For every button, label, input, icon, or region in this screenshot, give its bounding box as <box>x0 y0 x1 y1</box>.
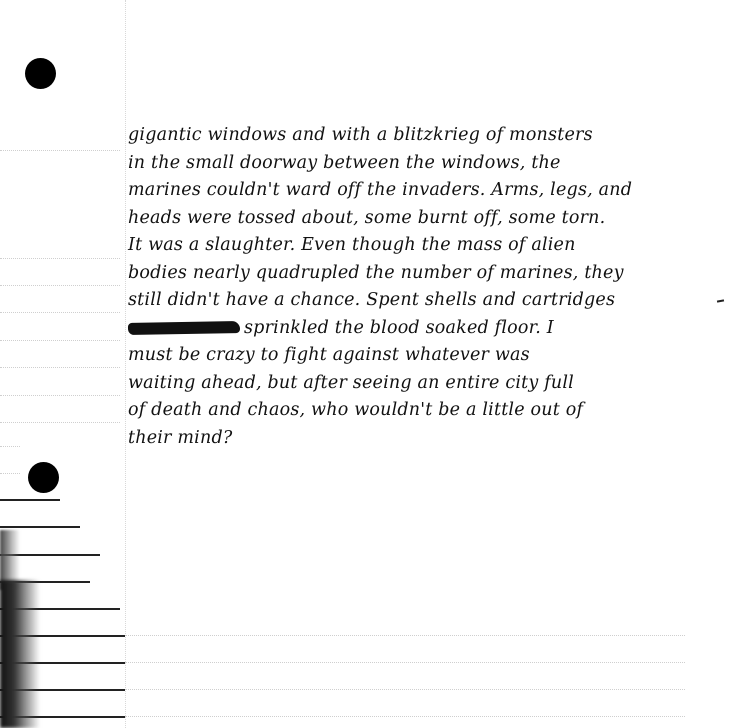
text-line-8-content: sprinkled the blood soaked floor. I <box>244 318 554 338</box>
ruled-line <box>125 635 685 636</box>
text-line-3: marines couldn't ward off the invaders. … <box>128 177 718 205</box>
ruled-line <box>0 446 20 447</box>
ruled-line <box>0 526 80 528</box>
ruled-line <box>0 473 20 474</box>
notebook-page: gigantic windows and with a blitzkrieg o… <box>0 0 742 728</box>
scribbled-out-word <box>128 321 240 335</box>
ruled-line <box>0 312 120 313</box>
ruled-line <box>125 662 685 663</box>
text-line-4: heads were tossed about, some burnt off,… <box>128 205 718 233</box>
ruled-line <box>0 150 120 151</box>
ruled-line <box>0 367 120 368</box>
ruled-line <box>0 340 120 341</box>
ruled-line <box>0 422 120 423</box>
ruled-line <box>125 689 685 690</box>
text-line-8: sprinkled the blood soaked floor. I <box>128 315 718 343</box>
ruled-line <box>0 499 60 501</box>
text-line-7: still didn't have a chance. Spent shells… <box>128 287 718 315</box>
ruled-line <box>125 716 685 717</box>
handwritten-text: gigantic windows and with a blitzkrieg o… <box>128 122 718 452</box>
text-line-12: their mind? <box>128 425 718 453</box>
ruled-line <box>0 395 120 396</box>
punch-hole-bottom <box>28 462 59 493</box>
text-line-5: It was a slaughter. Even though the mass… <box>128 232 718 260</box>
text-line-2: in the small doorway between the windows… <box>128 150 718 178</box>
text-line-11: of death and chaos, who wouldn't be a li… <box>128 397 718 425</box>
margin-line <box>125 0 126 728</box>
punch-hole-top <box>25 58 56 89</box>
text-line-9: must be crazy to fight against whatever … <box>128 342 718 370</box>
text-line-10: waiting ahead, but after seeing an entir… <box>128 370 718 398</box>
text-line-1: gigantic windows and with a blitzkrieg o… <box>128 122 718 150</box>
ruled-line <box>0 285 120 286</box>
ruled-line <box>0 258 120 259</box>
scan-shadow <box>0 580 40 728</box>
text-line-6: bodies nearly quadrupled the number of m… <box>128 260 718 288</box>
